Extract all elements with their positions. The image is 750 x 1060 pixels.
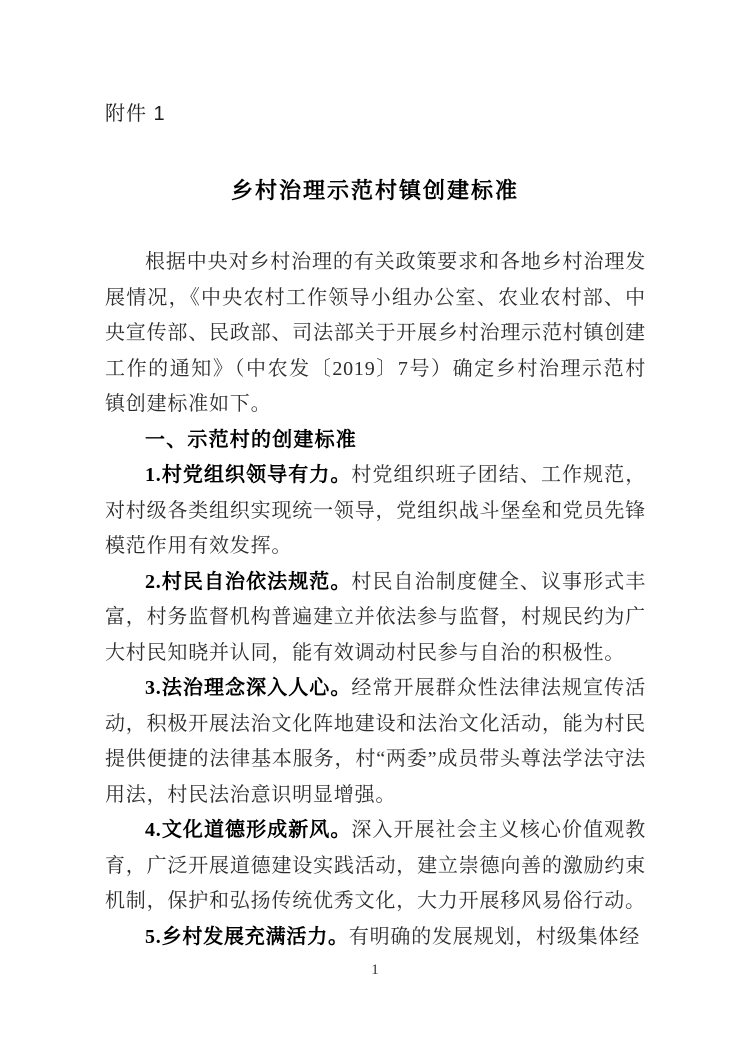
item-lead-5: 5.乡村发展充满活力。 <box>145 926 349 948</box>
document-page: 附件 1 乡村治理示范村镇创建标准 根据中央对乡村治理的有关政策要求和各地乡村治… <box>0 0 750 1060</box>
section-heading: 一、示范村的创建标准 <box>105 423 646 459</box>
item-paragraph-5: 5.乡村发展充满活力。有明确的发展规划，村级集体经 <box>105 920 646 956</box>
attachment-label: 附件 1 <box>105 97 166 126</box>
intro-paragraph: 根据中央对乡村治理的有关政策要求和各地乡村治理发展情况，《中央农村工作领导小组办… <box>105 245 646 423</box>
page-number: 1 <box>0 962 750 979</box>
item-lead-3: 3.法治理念深入人心。 <box>145 677 351 699</box>
item-paragraph-2: 2.村民自治依法规范。村民自治制度健全、议事形式丰富，村务监督机构普遍建立并依法… <box>105 565 646 672</box>
item-lead-4: 4.文化道德形成新风。 <box>145 819 351 841</box>
item-lead-1: 1.村党组织领导有力。 <box>145 464 351 486</box>
item-paragraph-4: 4.文化道德形成新风。深入开展社会主义核心价值观教育，广泛开展道德建设实践活动，… <box>105 813 646 920</box>
document-title: 乡村治理示范村镇创建标准 <box>0 174 750 205</box>
item-lead-2: 2.村民自治依法规范。 <box>145 571 351 593</box>
item-paragraph-1: 1.村党组织领导有力。村党组织班子团结、工作规范，对村级各类组织实现统一领导，党… <box>105 458 646 565</box>
item-body-5: 有明确的发展规划，村级集体经 <box>349 926 640 948</box>
item-paragraph-3: 3.法治理念深入人心。经常开展群众性法律法规宣传活动，积极开展法治文化阵地建设和… <box>105 671 646 813</box>
document-body: 根据中央对乡村治理的有关政策要求和各地乡村治理发展情况，《中央农村工作领导小组办… <box>105 245 646 955</box>
